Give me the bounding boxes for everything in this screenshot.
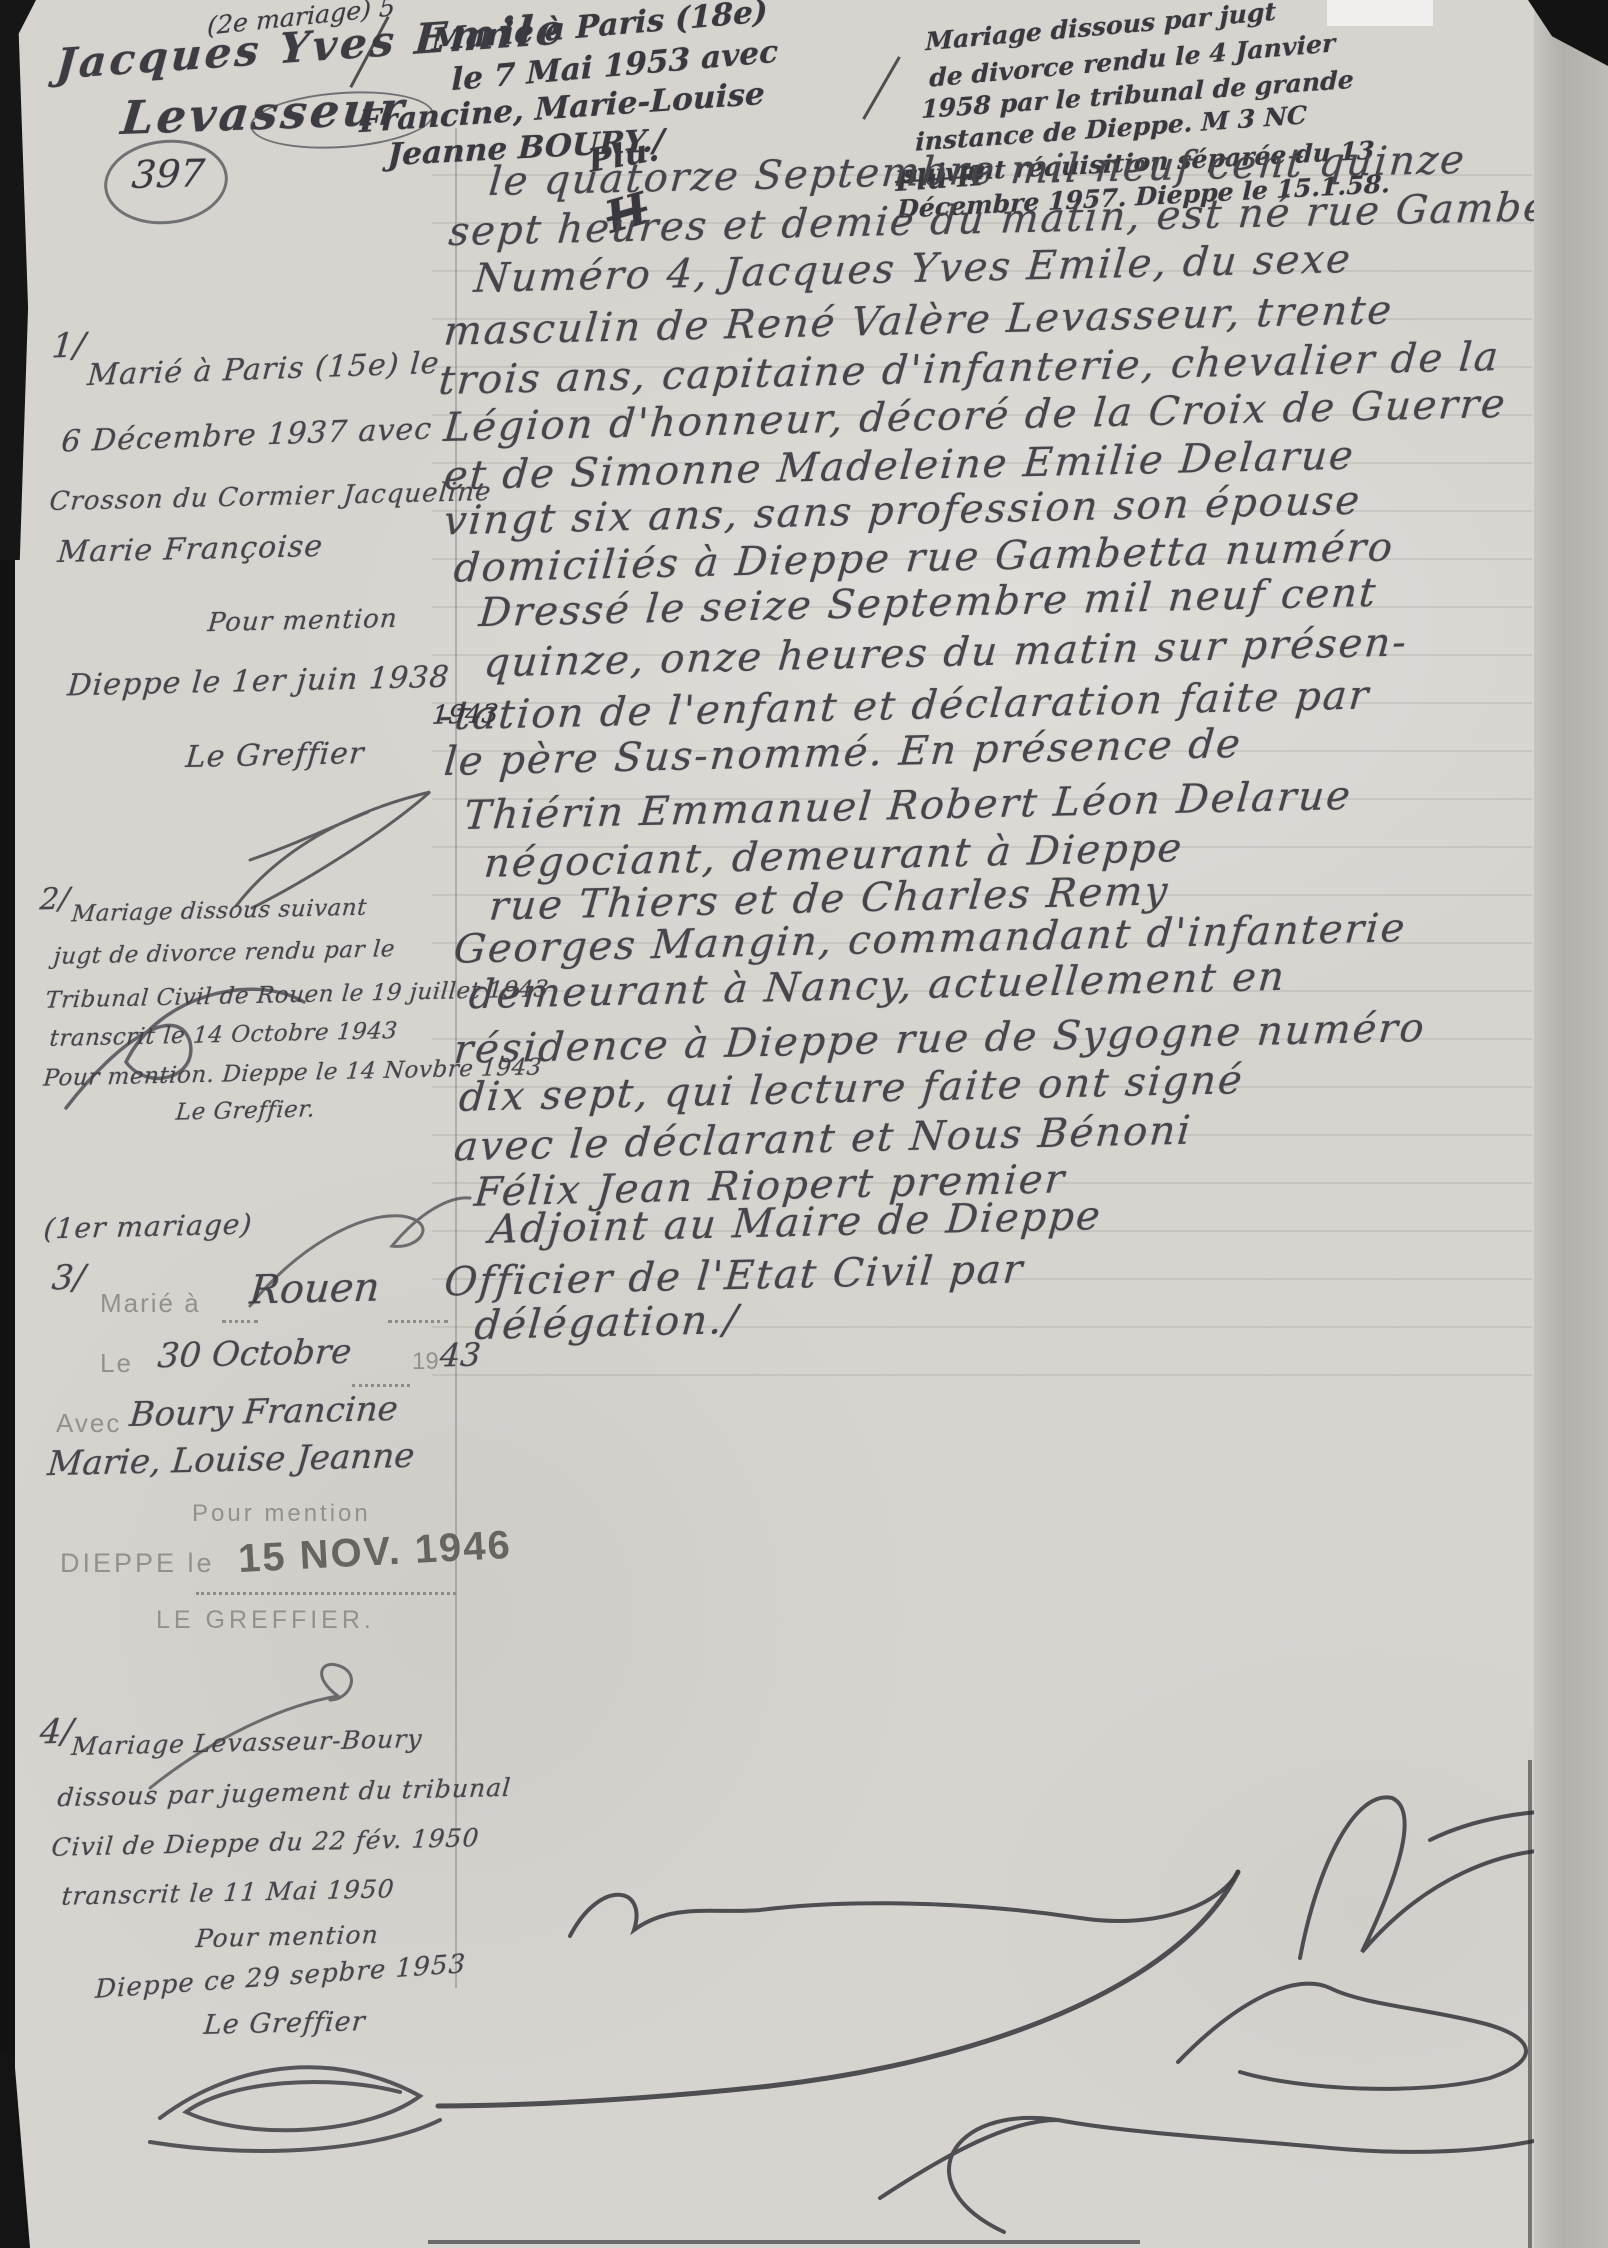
dotted-leader [352, 1364, 410, 1387]
mention-officer: Le Greffier. [175, 1096, 316, 1125]
married-year-value: 43 [438, 1336, 482, 1375]
interline-year-annotation: 1943 [431, 699, 500, 730]
stamp-le-greffier: LE GREFFIER. [156, 1606, 375, 1635]
married-place-value: Rouen [248, 1265, 381, 1314]
act-number: 397 [130, 151, 206, 197]
binding-shadow-line [1528, 1760, 1532, 2248]
scanned-register-page: Jacques Yves Emile (2e mariage) 5 Levass… [0, 0, 1608, 2248]
mention-line: jugt de divorce rendu par le [53, 936, 396, 970]
mention-number: 3/ [50, 1258, 86, 1299]
signature-adjoint [880, 2118, 1586, 2232]
scan-edge-bottom [428, 2240, 1140, 2244]
stamp-dieppe-le: DIEPPE le [60, 1548, 215, 1579]
paper-tab-notch [1327, 0, 1433, 26]
greffier-signature-flourish [236, 792, 430, 908]
stamp-year-prefix: 19 [412, 1348, 439, 1376]
date-stamp: 15 NOV. 1946 [237, 1523, 513, 1582]
pour-mention: Pour mention [207, 604, 399, 638]
spouse-name-value: Boury Francine [128, 1389, 399, 1435]
mention-number: 2/ [39, 882, 71, 918]
scan-edge-left-bottom [0, 2050, 30, 2248]
signature-declarant-flourish [438, 1872, 1238, 2106]
mention-officer: Le Greffier [203, 2006, 367, 2041]
dotted-leader [388, 1300, 448, 1323]
act-line: délégation./ [473, 1297, 741, 1349]
mention-number: 4/ [38, 1712, 74, 1753]
signature-declarant [570, 1872, 1238, 1936]
mention-line: Crosson du Cormier Jacqueline [48, 477, 492, 517]
greffier-signature-flourish [150, 2067, 440, 2151]
mention-line: Marié à Paris (15e) le [86, 346, 441, 393]
married-date-value: 30 Octobre [156, 1332, 353, 1376]
signature-witness-2 [1178, 1984, 1526, 2089]
stamp-pour-mention: Pour mention [192, 1500, 371, 1528]
mention-line: dissous par jugement du tribunal [56, 1773, 512, 1812]
mention-line: Mariage Levasseur-Boury [70, 1724, 423, 1761]
separator-slash [862, 56, 901, 120]
pour-mention: Pour mention [195, 1920, 380, 1953]
mention-line: Mariage dissous suivant [71, 895, 368, 928]
scan-edge-left-ragged [0, 0, 36, 560]
mention-line: transcrit le 11 Mai 1950 [60, 1874, 395, 1911]
mention-officer: Le Greffier [184, 736, 365, 775]
mention-line: Civil de Dieppe du 22 fév. 1950 [50, 1823, 480, 1862]
mention-premarriage-note: (1er mariage) [42, 1208, 253, 1246]
dotted-leader [222, 1300, 258, 1323]
mention-line: Marie Françoise [56, 529, 324, 570]
mention-number: 1/ [50, 326, 86, 367]
stamp-label-avec: Avec [56, 1408, 121, 1439]
page-binding-right [1534, 0, 1608, 2248]
stamp-label-married-at: Marié à [100, 1288, 201, 1319]
mention-place-date: Dieppe ce 29 sepbre 1953 [95, 1949, 467, 2005]
mention-place-date: Dieppe le 1er juin 1938 [66, 660, 451, 704]
stamp-label-le: Le [100, 1348, 133, 1379]
mention-line: 6 Décembre 1937 avec [60, 412, 433, 460]
mention-line: transcrit le 14 Octobre 1943 [49, 1018, 399, 1052]
spouse-name-value: Marie, Louise Jeanne [46, 1436, 416, 1484]
